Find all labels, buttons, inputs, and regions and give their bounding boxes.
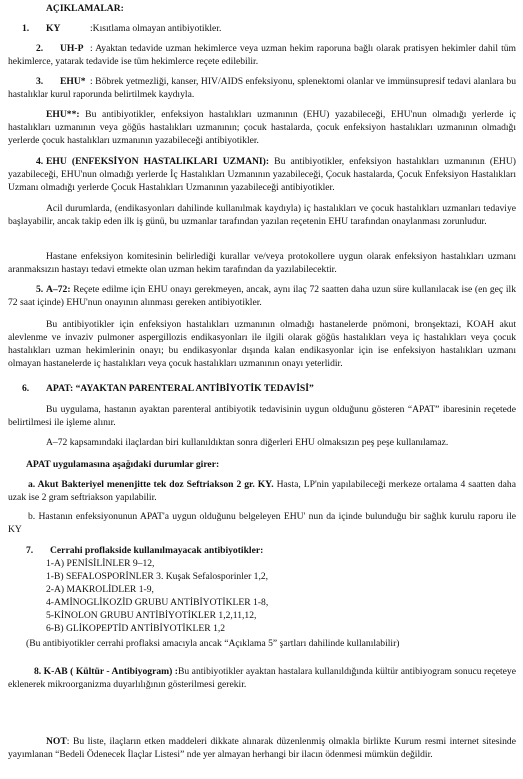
list-item: 5-KİNOLON GRUBU ANTİBİYOTİKLER 1,2,11,12… bbox=[46, 609, 446, 622]
item-2: 2.UH-P: Ayaktan tedavide uzman hekimlerc… bbox=[8, 42, 516, 68]
item-5: 5.A–72: Reçete edilme için EHU onayı ger… bbox=[8, 283, 516, 309]
list-item: 1-A) PENİSİLİNLER 9–12, bbox=[46, 557, 446, 570]
list-item: 1-B) SEFALOSPORİNLER 3. Kuşak Sefalospor… bbox=[46, 570, 446, 583]
paragraph-bu-antibiyotikler: Bu antibiyotikler için enfeksiyon hastal… bbox=[8, 318, 516, 370]
item-1: 1.KY:Kısıtlama olmayan antibiyotikler. bbox=[22, 22, 516, 35]
ehu-double-star-paragraph: EHU**: Bu antibiyotikler, enfeksiyon has… bbox=[8, 108, 516, 147]
apat-item-b: b. Hastanın enfeksiyonunun APAT'a uygun … bbox=[8, 510, 516, 536]
paragraph-a72: A–72 kapsamındaki ilaçlardan biri kullan… bbox=[8, 436, 516, 449]
item-6: 6.APAT: “AYAKTAN PARENTERAL ANTİBİYOTİK … bbox=[22, 382, 516, 395]
list-item: 6-B) GLİKOPEPTİD ANTİBİYOTİKLER 1,2 bbox=[46, 622, 446, 635]
note-paragraph: NOT: Bu liste, ilaçların etken maddeleri… bbox=[8, 735, 516, 761]
item-7: 7.Cerrahi proflakside kullanılmayacak an… bbox=[26, 544, 516, 557]
surgical-prophylaxis-list: 1-A) PENİSİLİNLER 9–12, 1-B) SEFALOSPORİ… bbox=[46, 557, 446, 635]
item-4: 4.EHU (ENFEKSİYON HASTALIKLARI UZMANI): … bbox=[8, 155, 516, 194]
item-7-note: (Bu antibiyotikler cerrahi proflaksi ama… bbox=[26, 637, 516, 650]
item-8: 8. K-AB ( Kültür - Antibiyogram) :Bu ant… bbox=[8, 665, 516, 691]
list-item: 4-AMİNOGLİKOZİD GRUBU ANTİBİYOTİKLER 1-8… bbox=[46, 596, 446, 609]
paragraph-hastane: Hastane enfeksiyon komitesinin belirledi… bbox=[8, 250, 516, 276]
paragraph-acil: Acil durumlarda, (endikasyonları dahilin… bbox=[8, 202, 516, 228]
apat-heading: APAT uygulamasına aşağıdaki durumlar gir… bbox=[26, 458, 516, 471]
page-heading: AÇIKLAMALAR: bbox=[46, 2, 523, 15]
item-3: 3.EHU*: Böbrek yetmezliği, kanser, HIV/A… bbox=[8, 75, 516, 101]
apat-item-a: a. Akut Bakteriyel menenjitte tek doz Se… bbox=[8, 478, 516, 504]
paragraph-apat: Bu uygulama, hastanın ayaktan parenteral… bbox=[8, 403, 516, 429]
list-item: 2-A) MAKROLİDLER 1-9, bbox=[46, 583, 446, 596]
